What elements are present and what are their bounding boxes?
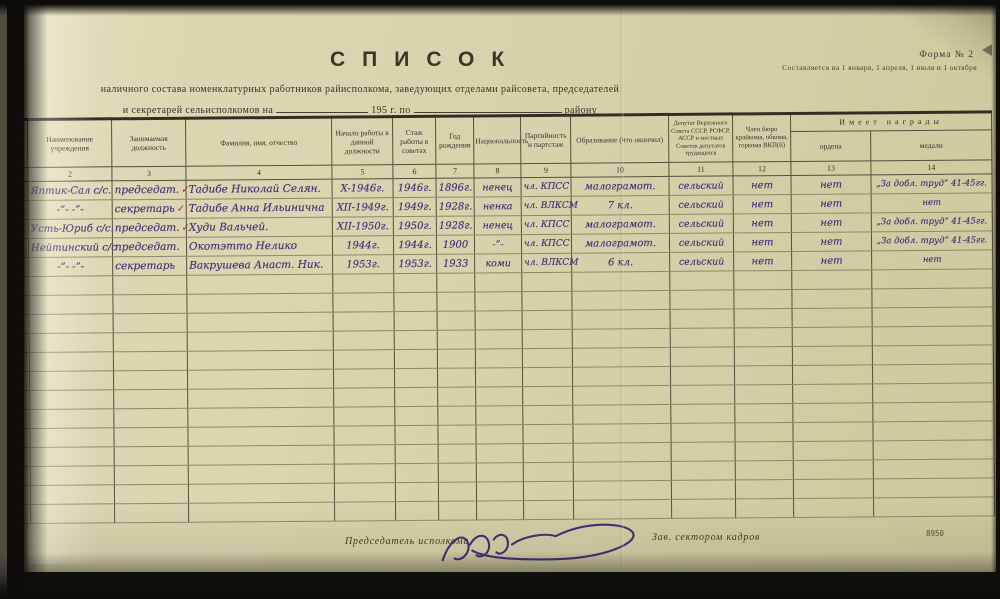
empty-cell [476, 425, 523, 444]
cell-medals: „За добл. труд“ 41-45гг. [871, 212, 992, 232]
cell-bureau: нет [733, 175, 791, 194]
cell-party: чл. КПСС [521, 234, 571, 253]
empty-cell [523, 424, 573, 443]
empty-cell [437, 368, 475, 387]
col-header-bureau: Член бюро крайкома, обкома, горкома ВКП(… [732, 113, 790, 161]
empty-cell [475, 349, 522, 368]
empty-cell [671, 423, 735, 443]
roster-table-area: №№ п.п. Наименование учреждения Занимаем… [4, 110, 995, 524]
subtitle-line1: наличного состава номенклатурных работни… [58, 84, 662, 95]
empty-cell [735, 479, 793, 498]
empty-cell [113, 332, 187, 352]
cell-nationality: ненец [474, 216, 521, 235]
empty-cell [333, 369, 394, 388]
empty-cell [333, 293, 394, 312]
empty-cell [793, 441, 873, 461]
empty-cell [670, 328, 734, 348]
empty-cell [476, 482, 523, 501]
cell-birth-year: 1900 [436, 235, 474, 254]
empty-cell [437, 292, 475, 311]
cell-birth-year: 1933 [437, 254, 475, 273]
scan-shadow-top [0, 0, 1000, 16]
empty-cell [437, 273, 475, 292]
empty-cell [671, 480, 735, 500]
cell-birth-year: 1928г. [436, 197, 474, 216]
empty-cell [115, 503, 189, 523]
empty-cell [394, 273, 437, 292]
cell-party: чл. ВЛКСМ [521, 196, 571, 215]
empty-cell [734, 346, 792, 365]
cell-medals: „За добл. труд“ 41-45гг. [871, 231, 992, 251]
col-header-service: Стаж работы в советах [393, 116, 436, 164]
empty-cell [793, 479, 873, 499]
empty-cell [335, 502, 396, 521]
empty-cell [671, 385, 735, 405]
empty-cell [395, 482, 438, 501]
empty-cell [671, 404, 735, 424]
cell-full-name: Окотэтто Нелико [186, 236, 332, 256]
cell-medals: нет [872, 250, 993, 270]
empty-cell [396, 501, 439, 520]
empty-cell [113, 370, 187, 390]
empty-cell [394, 330, 437, 349]
empty-cell [114, 446, 188, 466]
subtitle-prefix: и секретарей сельисполкомов на [123, 105, 273, 116]
empty-cell [476, 387, 523, 406]
empty-cell [873, 383, 994, 403]
cell-start-date: 1944г. [332, 236, 393, 255]
scanned-document: СПИСОК Форма № 2 Составляется на 1 январ… [0, 0, 1000, 599]
empty-cell [873, 402, 994, 422]
empty-cell [523, 481, 573, 500]
cell-party: чл. КПСС [521, 215, 571, 234]
cell-full-name: Вакрушева Анаст. Ник. [187, 255, 333, 275]
empty-cell [792, 327, 872, 347]
scan-shadow-right [991, 0, 1000, 599]
empty-cell [437, 311, 475, 330]
empty-cell [395, 444, 438, 463]
cell-position: председат.✓ [112, 218, 186, 238]
empty-cell [522, 272, 572, 291]
empty-cell [523, 443, 573, 462]
empty-cell [670, 290, 734, 310]
cell-orders: нет [791, 194, 871, 214]
empty-cell [187, 274, 333, 294]
cell-party: чл. КПСС [521, 177, 571, 196]
page-title: СПИСОК [330, 48, 521, 72]
empty-cell [334, 445, 395, 464]
empty-cell [476, 444, 523, 463]
empty-cell [334, 407, 395, 426]
corner-fold-shadow [893, 5, 996, 83]
col-number: 12 [733, 161, 791, 175]
empty-cell [475, 292, 522, 311]
empty-cell [523, 405, 573, 424]
cell-service: 1953г. [394, 254, 437, 273]
col-number: 7 [436, 164, 474, 178]
empty-cell [437, 349, 475, 368]
cell-service: 1950г. [393, 216, 436, 235]
empty-cell [334, 464, 395, 483]
empty-cell [395, 387, 438, 406]
paper-crease [620, 6, 624, 566]
col-header-full-name: Фамилия, имя, отчество [186, 117, 332, 166]
cell-bureau: нет [733, 194, 791, 213]
cell-position: председат.✓ [112, 180, 186, 200]
blank-district-line [414, 103, 562, 113]
empty-cell [437, 330, 475, 349]
empty-cell [734, 327, 792, 346]
cell-deputy: сельский [669, 195, 733, 215]
empty-cell [670, 271, 734, 291]
empty-cell [188, 445, 334, 465]
cell-full-name: Тадибе Анна Ильинична [186, 198, 332, 218]
position-text: председат. [115, 222, 180, 235]
empty-cell [735, 460, 793, 479]
empty-cell [735, 403, 793, 422]
empty-cell [872, 345, 993, 365]
col-number: 8 [474, 164, 521, 178]
cell-service: 1946г. [393, 178, 436, 197]
cell-bureau: нет [733, 232, 791, 251]
scan-shadow-bottom [0, 552, 1000, 599]
empty-cell [187, 350, 333, 370]
empty-cell [334, 483, 395, 502]
position-text: председат. [115, 184, 180, 197]
empty-cell [794, 498, 874, 518]
cell-party: чл. ВЛКСМ [522, 253, 572, 272]
cell-nationality: -”- [474, 235, 521, 254]
empty-cell [523, 386, 573, 405]
col-header-party: Партийность и партстаж [520, 115, 570, 163]
empty-cell [793, 460, 873, 480]
blank-date-line [276, 103, 368, 113]
empty-cell [672, 499, 736, 519]
cell-medals: нет [871, 193, 992, 213]
position-text: председат. [115, 241, 180, 254]
col-header-medals: медали [871, 130, 992, 161]
col-header-start-date: Начало работы в данной должности [332, 117, 393, 165]
cell-full-name: Тадибе Николай Селян. [186, 179, 332, 199]
cell-start-date: X-1946г. [332, 179, 393, 198]
empty-cell [333, 312, 394, 331]
empty-cell [873, 440, 994, 460]
empty-cell [188, 407, 334, 427]
cell-position: секретарь [113, 256, 187, 276]
empty-cell [792, 289, 872, 309]
cell-bureau: нет [733, 213, 791, 232]
empty-cell [114, 408, 188, 428]
empty-cell [114, 465, 188, 485]
cell-nationality: коми [475, 254, 522, 273]
col-header-awards-group: Имеет награды [790, 112, 991, 132]
empty-cell [113, 294, 187, 314]
cell-orders: нет [791, 213, 871, 233]
cell-nationality: ненец [474, 178, 521, 197]
col-header-nationality: Национальность [473, 116, 520, 164]
empty-cell [476, 406, 523, 425]
empty-cell [735, 384, 793, 403]
empty-cell [188, 483, 334, 503]
cell-orders: нет [792, 251, 872, 271]
empty-cell [188, 426, 334, 446]
empty-cell [475, 273, 522, 292]
empty-cell [670, 309, 734, 329]
cell-deputy: сельский [669, 233, 733, 253]
empty-cell [793, 403, 873, 423]
empty-cell [670, 366, 734, 386]
cell-start-date: 1953г. [333, 255, 394, 274]
col-header-birth-year: Год рождения [435, 116, 473, 164]
col-header-deputy: Депутат Верховного Совета СССР, РСФСР, А… [668, 114, 732, 163]
col-number: 13 [791, 161, 871, 176]
col-header-orders: ордена [791, 131, 871, 162]
empty-cell [792, 308, 872, 328]
empty-cell [735, 441, 793, 460]
empty-cell [114, 389, 188, 409]
empty-cell [736, 498, 794, 517]
empty-cell [334, 388, 395, 407]
empty-cell [113, 351, 187, 371]
empty-cell [671, 442, 735, 462]
empty-cell [395, 425, 438, 444]
red-checkmark-icon: ✓ [177, 204, 185, 215]
empty-cell [334, 426, 395, 445]
empty-cell [475, 330, 522, 349]
cell-start-date: XII-1950г. [332, 217, 393, 236]
empty-cell [113, 275, 187, 295]
empty-cell [872, 307, 993, 327]
empty-cell [792, 346, 872, 366]
empty-cell [522, 310, 572, 329]
empty-cell [522, 367, 572, 386]
empty-cell [874, 497, 995, 517]
empty-cell [333, 350, 394, 369]
empty-cell [438, 425, 476, 444]
col-number: 4 [186, 165, 332, 180]
cell-position: председат. [112, 237, 186, 257]
position-text: секретарь [115, 260, 175, 272]
scan-edge-sliver [0, 0, 7, 599]
empty-cell [872, 364, 993, 384]
empty-cell [873, 478, 994, 498]
scan-shadow-left [0, 0, 48, 599]
empty-cell [188, 388, 334, 408]
empty-cell [872, 269, 993, 289]
empty-cell [113, 313, 187, 333]
cell-service: 1949г. [393, 197, 436, 216]
empty-cell [873, 421, 994, 441]
empty-cell [394, 292, 437, 311]
empty-cell [670, 347, 734, 367]
empty-cell [735, 422, 793, 441]
cell-service: 1944г. [393, 235, 436, 254]
cell-position: секретарь✓ [112, 199, 186, 219]
empty-cell [671, 461, 735, 481]
empty-cell [734, 308, 792, 327]
col-number: 14 [871, 160, 992, 175]
empty-cell [438, 444, 476, 463]
empty-cell [793, 422, 873, 442]
cell-birth-year: 1928г. [436, 216, 474, 235]
empty-cell [734, 270, 792, 289]
empty-cell [114, 484, 188, 504]
cell-deputy: сельский [669, 214, 733, 234]
empty-cell [793, 384, 873, 404]
cell-bureau: нет [734, 251, 792, 270]
cell-full-name: Худи Вальчей. [186, 217, 332, 237]
print-order-number: 8950 [926, 529, 944, 538]
cell-start-date: XII-1949г. [332, 198, 393, 217]
position-text: секретарь [115, 203, 175, 215]
empty-cell [438, 463, 476, 482]
empty-cell [395, 406, 438, 425]
empty-cell [734, 289, 792, 308]
empty-cell [873, 459, 994, 479]
col-number: 9 [521, 163, 571, 177]
col-number: 5 [332, 165, 393, 179]
cell-nationality: ненка [474, 197, 521, 216]
empty-cell [114, 427, 188, 447]
roster-table: №№ п.п. Наименование учреждения Занимаем… [4, 110, 995, 524]
empty-cell [187, 369, 333, 389]
empty-cell [475, 311, 522, 330]
col-number: 11 [669, 162, 733, 177]
cell-orders: нет [791, 175, 871, 195]
cell-birth-year: 1896г. [436, 178, 474, 197]
cell-medals: „За добл. труд“ 41-45гг. [871, 174, 992, 194]
empty-cell [333, 331, 394, 350]
empty-cell [188, 464, 334, 484]
empty-cell [523, 462, 573, 481]
empty-cell [475, 368, 522, 387]
empty-cell [522, 329, 572, 348]
cell-orders: нет [791, 232, 871, 252]
empty-cell [438, 387, 476, 406]
empty-cell [394, 349, 437, 368]
empty-cell [438, 406, 476, 425]
empty-cell [792, 365, 872, 385]
empty-cell [522, 291, 572, 310]
empty-cell [872, 288, 993, 308]
cell-deputy: сельский [669, 176, 733, 196]
empty-cell [394, 311, 437, 330]
empty-cell [476, 463, 523, 482]
cadres-sector-label: Зав. сектором кадров [652, 532, 760, 543]
empty-cell [394, 368, 437, 387]
empty-cell [187, 293, 333, 313]
empty-cell [395, 463, 438, 482]
col-number: 3 [112, 166, 186, 181]
empty-cell [734, 365, 792, 384]
empty-cell [872, 326, 993, 346]
empty-cell [187, 331, 333, 351]
col-header-position: Занимаемая должность [112, 118, 186, 167]
empty-cell [792, 270, 872, 290]
empty-cell [522, 348, 572, 367]
empty-cell [187, 312, 333, 332]
cell-deputy: сельский [670, 252, 734, 272]
empty-cell [438, 482, 476, 501]
col-number: 6 [393, 164, 436, 178]
empty-cell [189, 502, 335, 522]
empty-cell [439, 501, 477, 520]
empty-cell [333, 274, 394, 293]
